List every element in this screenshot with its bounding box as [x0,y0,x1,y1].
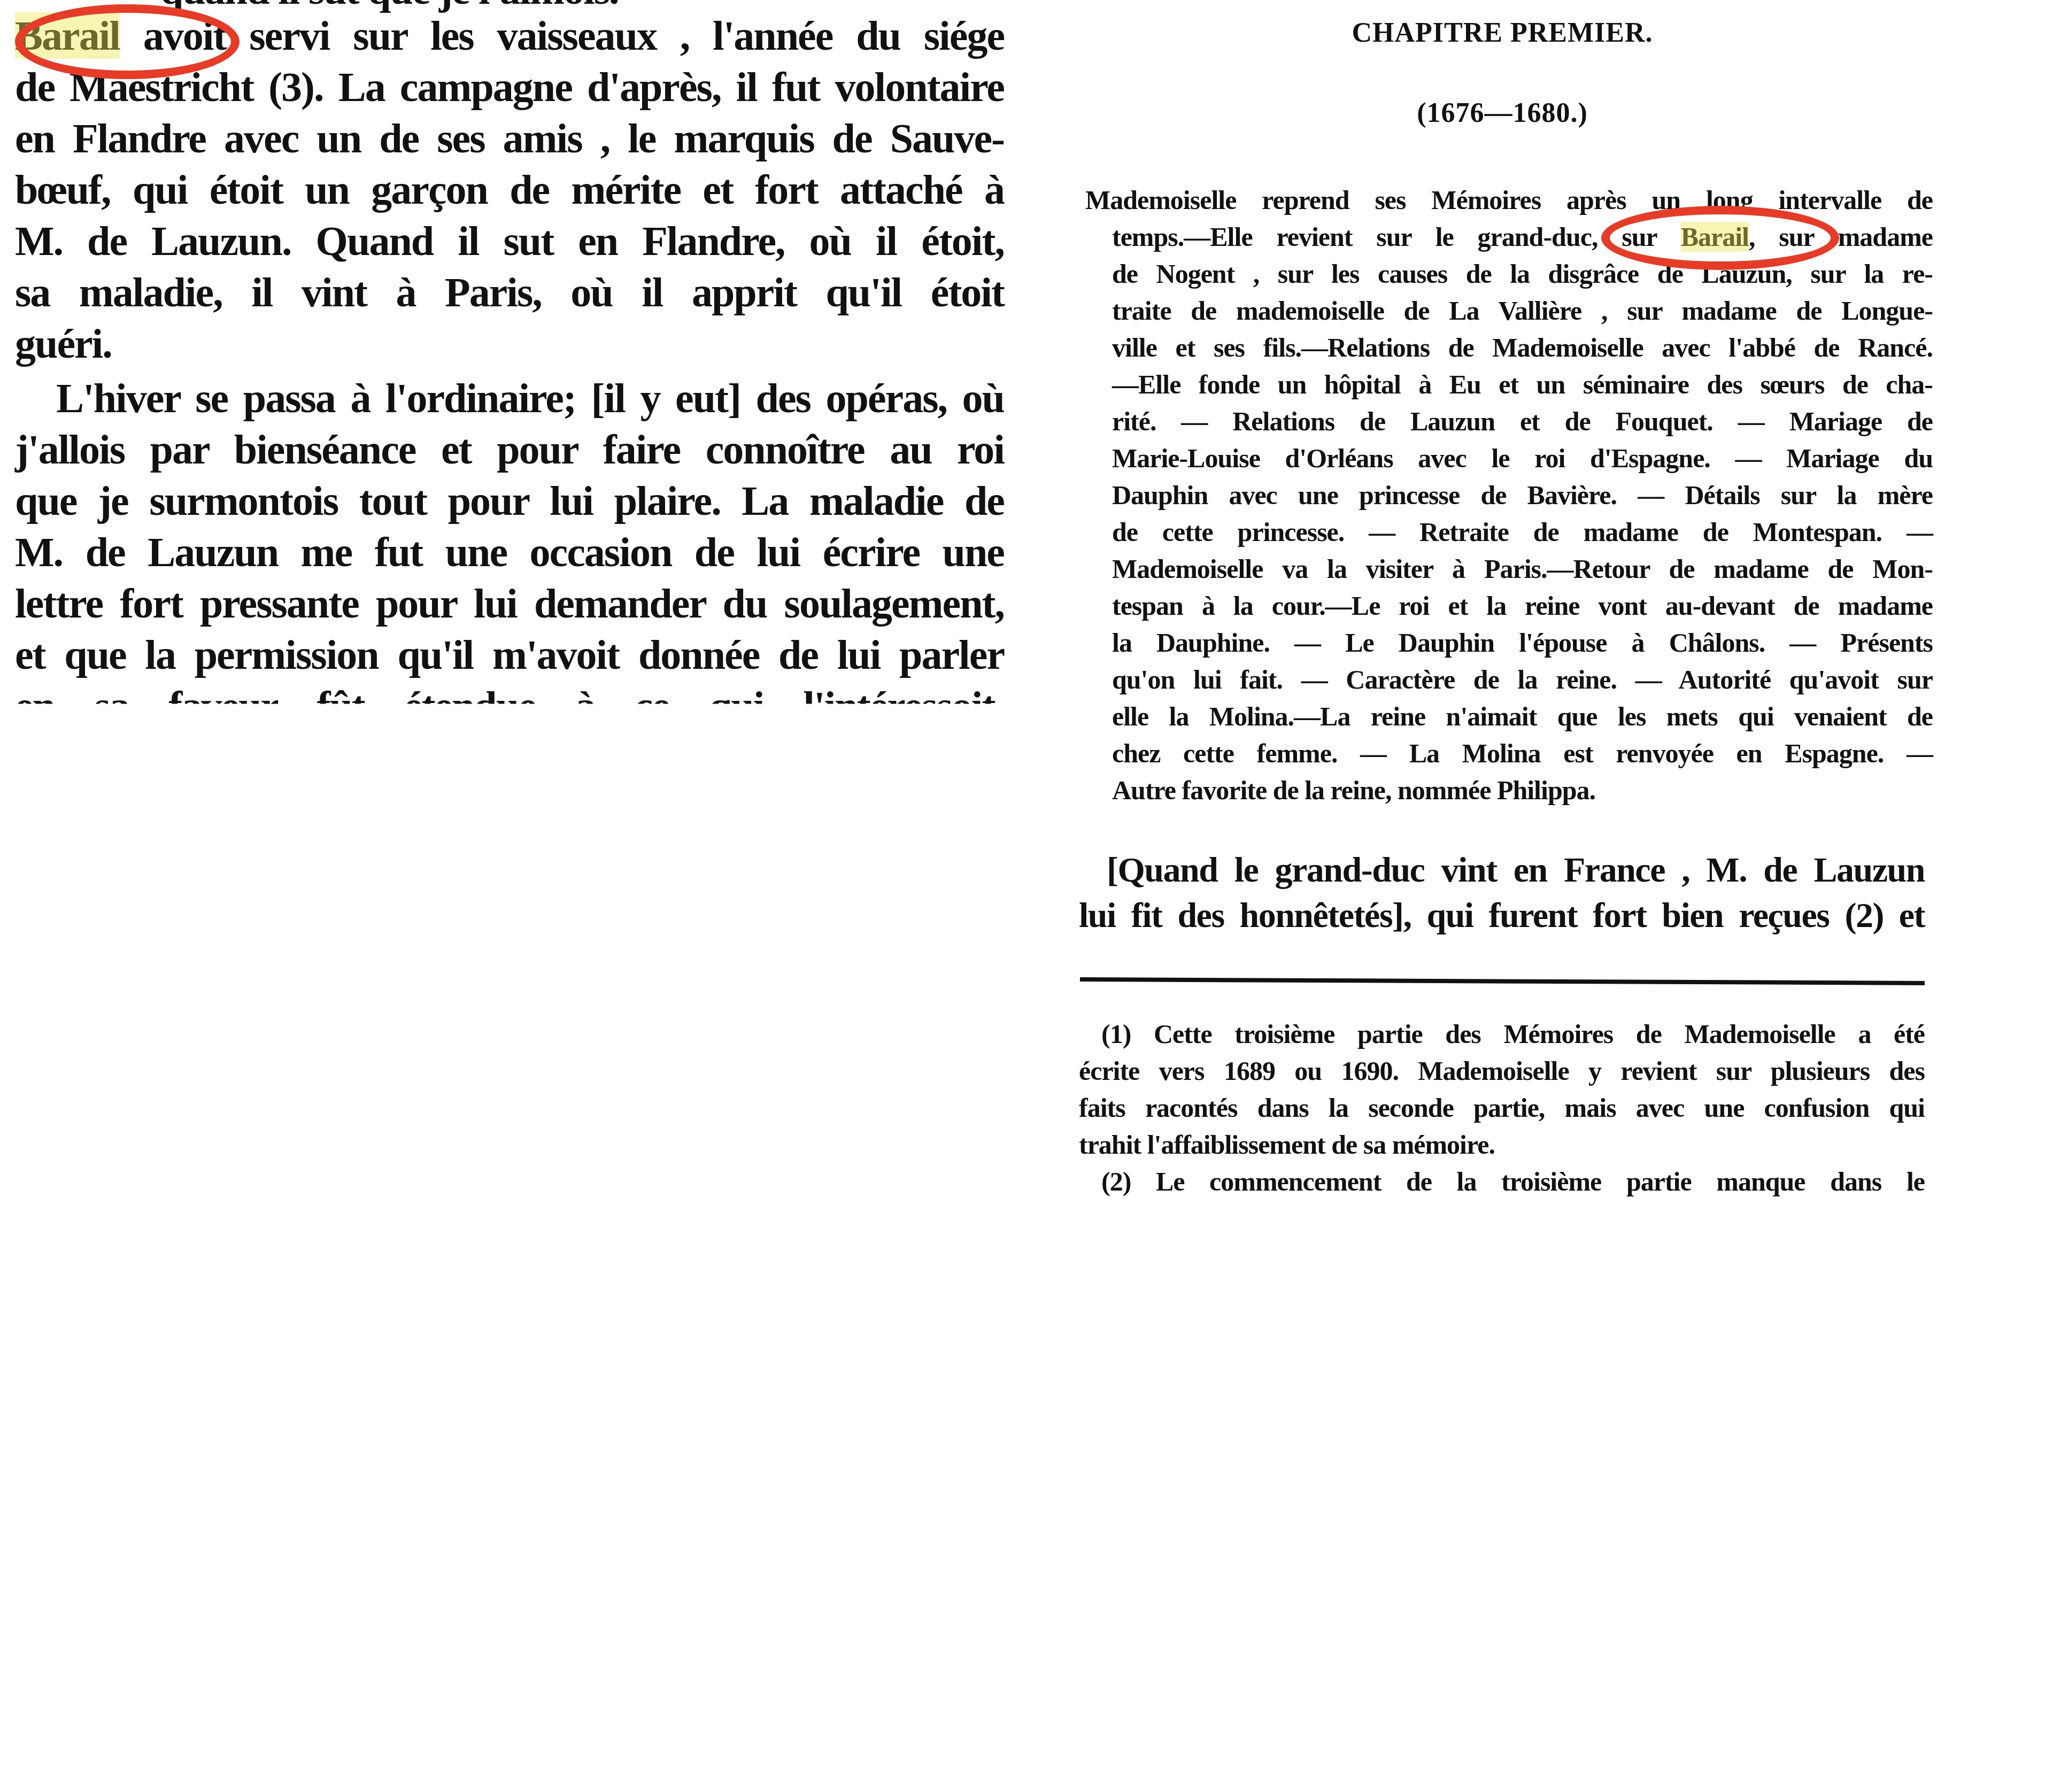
summary-line-1: Mademoiselle reprend ses Mémoires après … [1085,184,1933,215]
text-line-13: et que la permission qu'il m'avoit donné… [15,631,1004,679]
footnote-line-4: trahit l'affaiblissement de sa mémoire. [1079,1129,1495,1160]
footnote-line-5: (2) Le commencement de la troisième part… [1101,1166,1925,1197]
summary-line-17: Autre favorite de la reine, nommée Phili… [1112,775,1595,806]
summary-line-14: qu'on lui fait. — Caractère de la reine.… [1112,664,1933,695]
text-line-5: M. de Lauzun. Quand il sut en Flandre, o… [15,217,1004,265]
summary-line-6: —Elle fonde un hôpital à Eu et un sémina… [1112,369,1933,400]
summary-line-8: Marie-Louise d'Orléans avec le roi d'Esp… [1112,443,1933,474]
cut-off-bottom-line: en sa faveur fût étendue à ce qui l'inté… [15,682,1004,714]
text-line-1: Barail avoit servi sur les vaisseaux , l… [15,12,1004,60]
text-line-4: bœuf, qui étoit un garçon de mérite et f… [15,166,1004,214]
highlighted-term: Barail [15,12,120,59]
summary-line-7: rité. — Relations de Lauzun et de Fouque… [1112,406,1933,437]
text-line-10: que je surmontois tout pour lui plaire. … [15,477,1004,525]
highlighted-term: Barail [1681,222,1749,252]
left-page-excerpt: quand il sut que je l'aimois. Barail avo… [0,0,1016,714]
chapter-title: CHAPITRE PREMIER. [1064,17,1941,49]
summary-line-10: de cette princesse. — Retraite de madame… [1112,516,1933,547]
chapter-years: (1676—1680.) [1064,97,1941,129]
summary-line-12: tespan à la cour.—Le roi et la reine von… [1112,590,1933,621]
footnote-line-1: (1) Cette troisième partie des Mémoires … [1101,1018,1925,1049]
summary-line-9: Dauphin avec une princesse de Bavière. —… [1112,480,1933,511]
text-line-7: guéri. [15,320,112,368]
text-line-3: en Flandre avec un de ses amis , le marq… [15,114,1004,163]
footnote-line-3: faits racontés dans la seconde partie, m… [1079,1092,1925,1123]
text-line-2: de Maestricht (3). La campagne d'après, … [15,63,1004,111]
summary-line-11: Mademoiselle va la visiter à Paris.—Reto… [1112,553,1933,584]
footnote-line-2: écrite vers 1689 ou 1690. Mademoiselle y… [1079,1055,1925,1086]
text-line-9: j'allois par bienséance et pour faire co… [15,426,1004,474]
text-line-11: M. de Lauzun me fut une occasion de lui … [15,528,1004,576]
footnote-separator-rule [1080,977,1925,985]
text-line-12: lettre fort pressante pour lui demander … [15,580,1004,628]
summary-line-16: chez cette femme. — La Molina est renvoy… [1112,738,1933,769]
summary-line-4: traite de mademoiselle de La Vallière , … [1112,295,1933,326]
summary-line-2: temps.—Elle revient sur le grand-duc, su… [1112,221,1933,252]
body-line-1: [Quand le grand-duc vint en France , M. … [1107,850,1925,891]
summary-line-5: ville et ses fils.—Relations de Mademois… [1112,332,1933,363]
text-line-6: sa maladie, il vint à Paris, où il appri… [15,268,1004,316]
body-line-2: lui fit des honnêtetés], qui furent fort… [1079,895,1925,936]
right-page-excerpt: CHAPITRE PREMIER. (1676—1680.) Mademoise… [1064,0,2053,1208]
text-line-8: L'hiver se passa à l'ordinaire; [il y eu… [56,374,1004,422]
summary-line-13: la Dauphine. — Le Dauphin l'épouse à Châ… [1112,627,1933,658]
summary-line-15: elle la Molina.—La reine n'aimait que le… [1112,701,1933,732]
summary-line-3: de Nogent , sur les causes de la disgrâc… [1112,258,1933,289]
